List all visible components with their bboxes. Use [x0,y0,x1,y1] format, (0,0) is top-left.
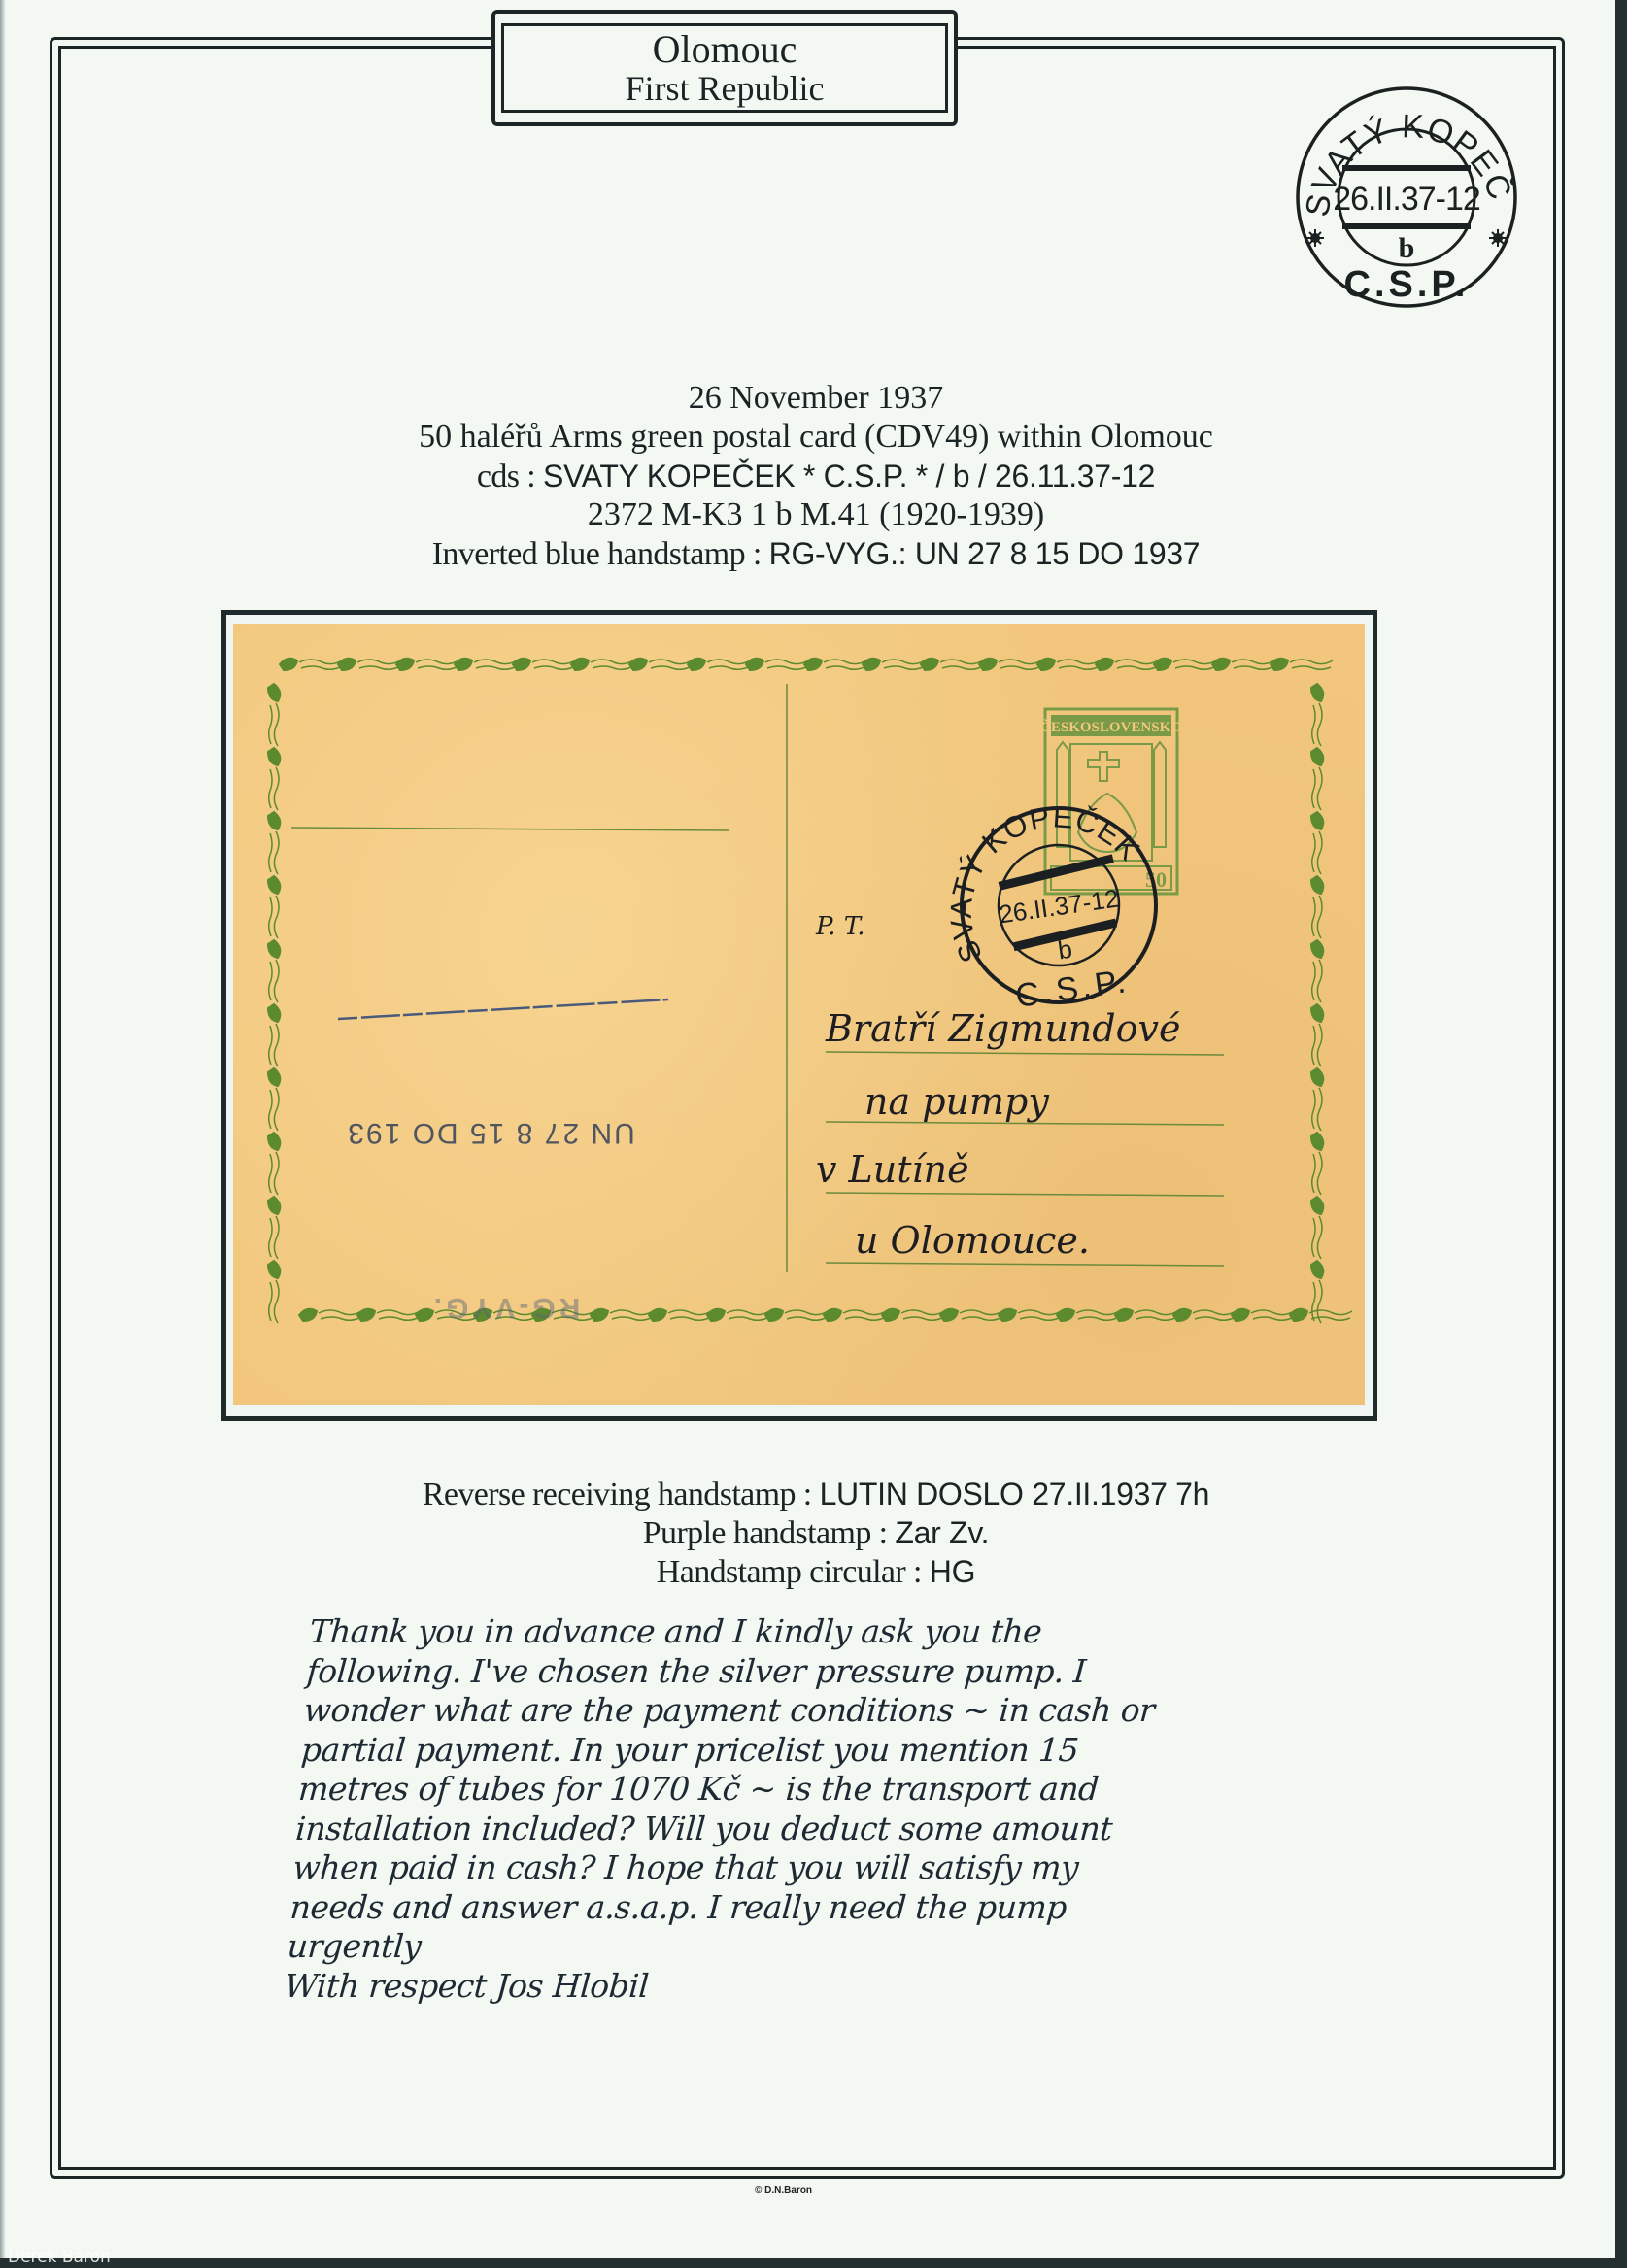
translation-line: With respect Jos Hlobil [284,1967,1306,2007]
cancellation-letter: b [1056,934,1074,965]
translation-line: partial payment. In your pricelist you m… [300,1731,1323,1771]
translation-line: needs and answer a.s.a.p. I really need … [288,1888,1311,1928]
translation-line: urgently [287,1927,1309,1967]
page-subtitle: First Republic [626,70,825,107]
postmark-date: 26.II.37-12 [1333,181,1480,218]
circular-value: HG [930,1554,975,1589]
watermark: Derek Baron [8,2248,111,2267]
title-box: Olomouc First Republic [491,10,958,126]
note-reverse: Reverse receiving handstamp : LUTIN DOSL… [155,1474,1476,1514]
handstamp-value: RG-VYG.: UN 27 8 15 DO 1937 [769,536,1201,571]
reverse-value: LUTIN DOSLO 27.II.1937 7h [820,1476,1210,1511]
address-line: u Olomouce. [855,1219,1090,1262]
postmark-illustration: SVATÝ KOPEČEK 26.II.37-12 b C.S.P. [1292,83,1521,312]
description-card: 50 haléřů Arms green postal card (CDV49)… [155,418,1476,457]
cds-value: SVATY KOPEČEK * C.S.P. * / b / 26.11.37-… [543,458,1155,493]
address-line: Bratří Zigmundové [825,1007,1180,1050]
page-title: Olomouc [653,29,797,70]
scan-edge-left [0,0,6,2268]
circular-label: Handstamp circular : [657,1554,930,1590]
translation-line: metres of tubes for 1070 Kč ~ is the tra… [297,1770,1320,1810]
blue-stamp-line2: RG-VYG. [430,1292,581,1324]
reverse-label: Reverse receiving handstamp : [423,1476,820,1512]
translation-line: when paid in cash? I hope that you will … [291,1848,1314,1888]
stamp-country: ČESKOSLOVENSKO [1040,719,1182,735]
description-handstamp: Inverted blue handstamp : RG-VYG.: UN 27… [155,534,1476,574]
cds-label: cds : [477,458,543,494]
address-line: P. T. [815,912,865,941]
translation-line: following. I've chosen the silver pressu… [305,1652,1328,1692]
translation-line: installation included? Will you deduct s… [294,1810,1317,1849]
handstamp-label: Inverted blue handstamp : [432,536,769,572]
translation-text: Thank you in advance and I kindly ask yo… [284,1612,1331,2006]
translation-line: wonder what are the payment conditions ~… [303,1691,1326,1731]
inverted-handstamp: UN 27 8 15 DO 193 RG-VYG. [346,1117,634,1324]
description-cds: cds : SVATY KOPEČEK * C.S.P. * / b / 26.… [155,457,1476,496]
note-purple: Purple handstamp : Zar Zv. [155,1513,1476,1553]
translation-line: Thank you in advance and I kindly ask yo… [308,1612,1331,1652]
description-catalogue: 2372 M-K3 1 b M.41 (1920-1939) [155,495,1476,534]
postmark-bottom-text: C.S.P. [1344,264,1470,305]
purple-value: Zar Zv. [895,1515,989,1550]
scan-edge-right [1615,0,1627,2268]
scan-edge-bottom [0,2258,1627,2268]
note-circular: Handstamp circular : HG [155,1552,1476,1592]
copyright: © D.N.Baron [755,2185,812,2196]
description-date: 26 November 1937 [155,379,1476,418]
address-line: na pumpy [864,1080,1049,1123]
purple-label: Purple handstamp : [643,1515,896,1551]
postal-card: ČESKOSLOVENSKO 50 SVATÝ KOPEČEK 26.II.37… [233,624,1365,1405]
postmark-letter: b [1399,232,1415,264]
address-line: v Lutíně [816,1148,969,1191]
blue-stamp-line1: UN 27 8 15 DO 193 [346,1117,634,1149]
